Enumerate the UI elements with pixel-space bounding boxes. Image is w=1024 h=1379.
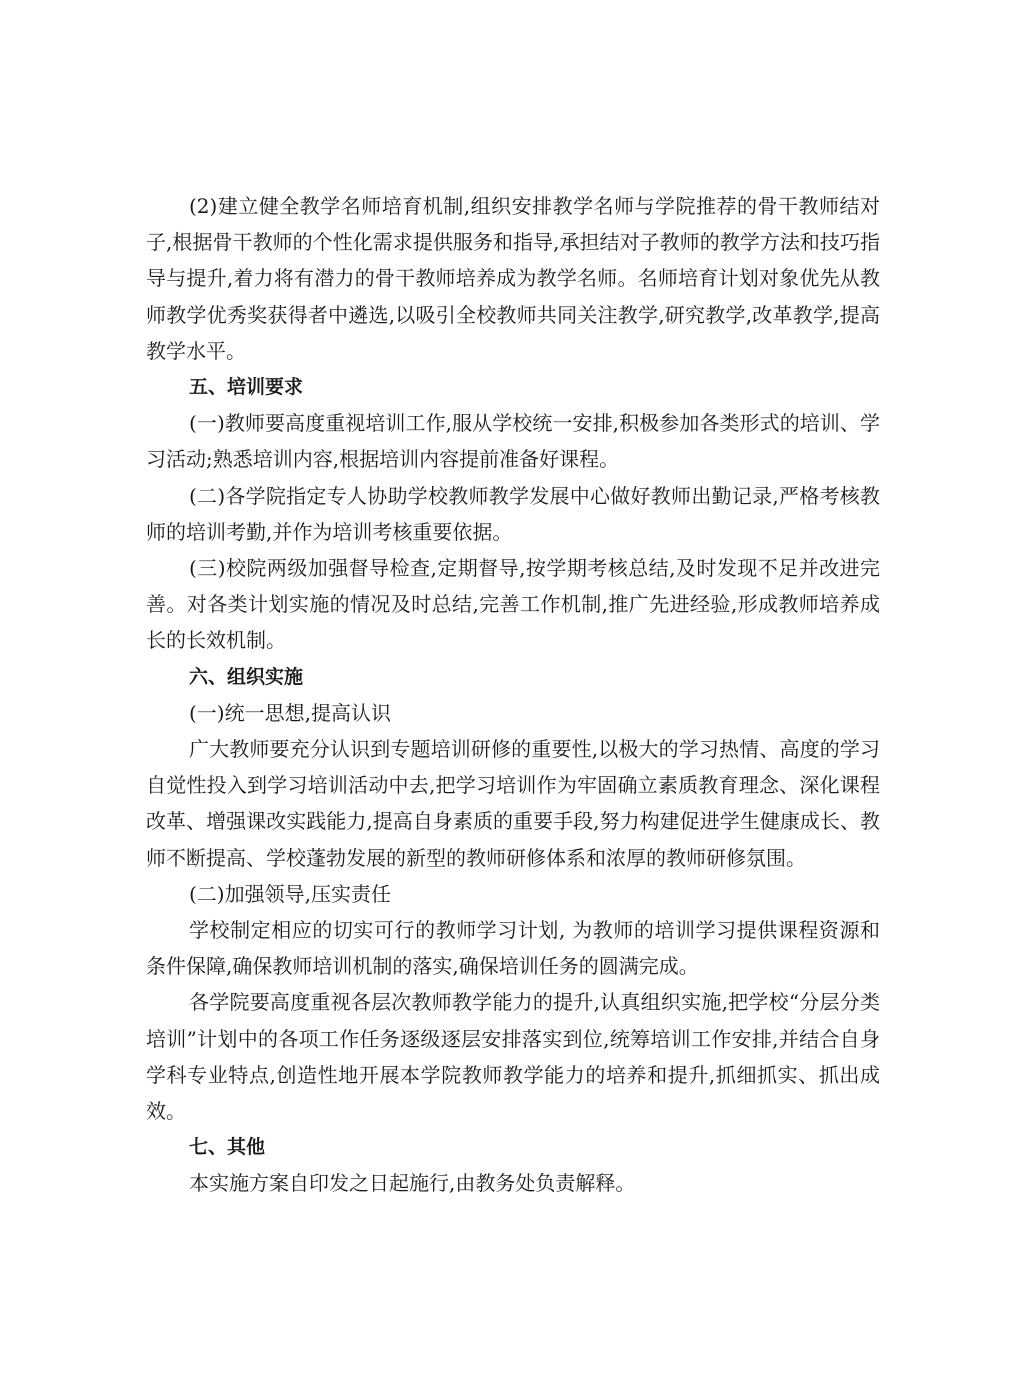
paragraph-requirement-2: (二)各学院指定专人协助学校教师教学发展中心做好教师出勤记录,严格考核教师的培训… <box>146 478 880 550</box>
paragraph-mentor-mechanism: (2)建立健全教学名师培育机制,组织安排教学名师与学院推荐的骨干教师结对子,根据… <box>146 188 880 369</box>
subheading-unify-thinking: (一)统一思想,提高认识 <box>146 695 880 731</box>
paragraph-unify-thinking: 广大教师要充分认识到专题培训研修的重要性,以极大的学习热情、高度的学习自觉性投入… <box>146 731 880 876</box>
section-heading-other: 七、其他 <box>146 1129 880 1165</box>
section-heading-training-requirements: 五、培训要求 <box>146 369 880 405</box>
document-page: (2)建立健全教学名师培育机制,组织安排教学名师与学院推荐的骨干教师结对子,根据… <box>146 188 880 1202</box>
paragraph-requirement-1: (一)教师要高度重视培训工作,服从学校统一安排,积极参加各类形式的培训、学习活动… <box>146 405 880 477</box>
subheading-strengthen-leadership: (二)加强领导,压实责任 <box>146 876 880 912</box>
paragraph-requirement-3: (三)校院两级加强督导检查,定期督导,按学期考核总结,及时发现不足并改进完善。对… <box>146 550 880 659</box>
section-heading-organization: 六、组织实施 <box>146 659 880 695</box>
paragraph-effective-date: 本实施方案自印发之日起施行,由教务处负责解释。 <box>146 1165 880 1201</box>
paragraph-school-plan: 学校制定相应的切实可行的教师学习计划, 为教师的培训学习提供课程资源和条件保障,… <box>146 912 880 984</box>
paragraph-college-implementation: 各学院要高度重视各层次教师教学能力的提升,认真组织实施,把学校“分层分类培训”计… <box>146 984 880 1129</box>
